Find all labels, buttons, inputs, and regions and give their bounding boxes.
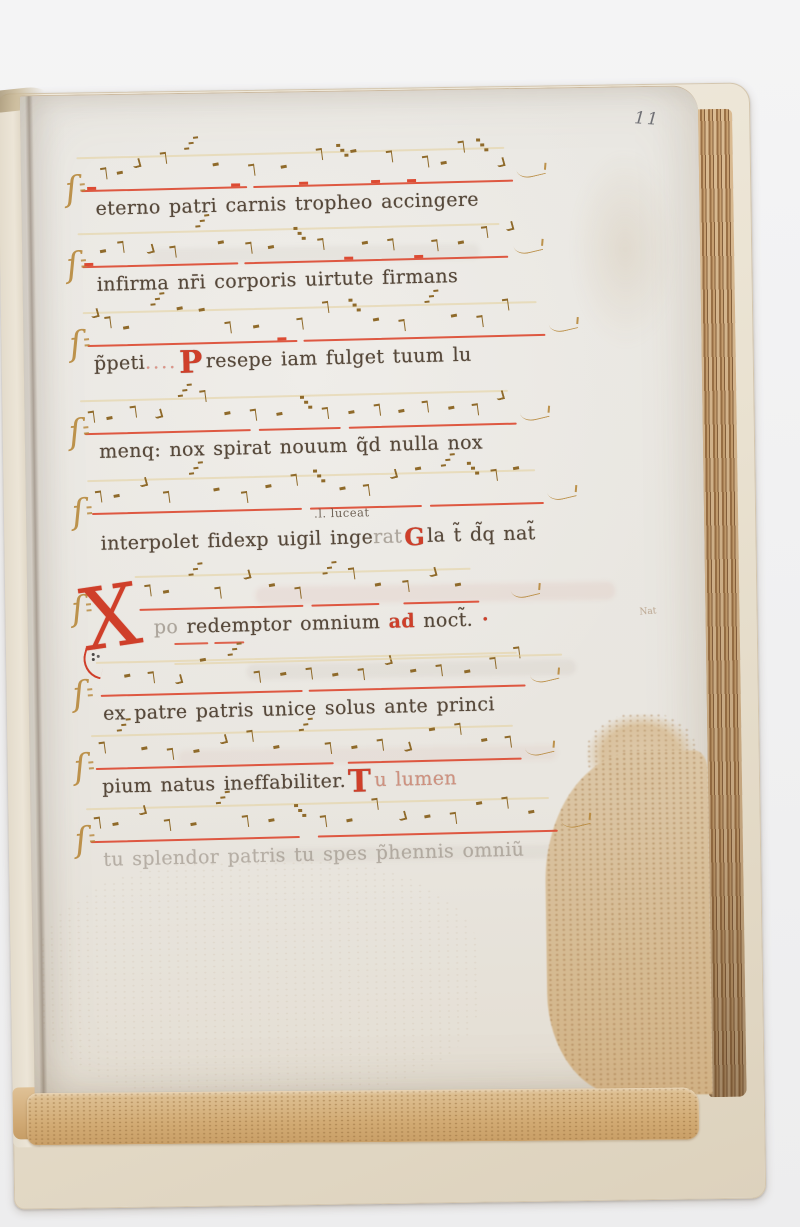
text-segment: noct̃. [415,609,474,632]
neume-mark [414,255,423,258]
staff-line-red [244,256,508,265]
neume-mark [212,162,218,166]
neume-mark [316,148,323,161]
neume-mark [476,801,482,805]
clef-mark: ſ [65,248,81,283]
text-segment: rat [373,525,403,548]
neume-mark [228,653,233,656]
neume-mark [160,152,167,165]
text-line: ex patre patris unice solus ante princi [103,693,495,725]
custos-mark [519,404,549,423]
neume-mark [164,819,171,832]
neume-mark [117,729,122,732]
neume-mark [407,179,416,182]
manuscript-page: 11 Nat ſeterno patri carnis tropheo acci… [20,85,713,1102]
neume-mark [422,155,429,168]
neume-mark [104,316,111,329]
manuscript-book: 11 Nat ſeterno patri carnis tropheo acci… [0,82,766,1209]
neume-mark [195,225,200,228]
neume-mark [386,150,393,163]
text-segment: ad [388,610,415,633]
text-segment: resepe iam fulget tuum lu [206,344,472,372]
neume-mark [383,655,393,666]
text-block: 11 Nat ſeterno patri carnis tropheo acci… [0,83,765,1104]
staff-system: ſmenq: nox spirat nouum q̃d nulla nox [3,417,755,435]
custos-mark [547,483,577,502]
neume-mark [200,658,206,662]
neume-mark [268,818,274,822]
neume-mark [476,315,483,328]
text-segment: ex patre patris unice solus ante princi [103,693,495,725]
neume-mark [124,674,130,678]
text-segment: T [348,763,372,800]
neume-mark [145,244,155,255]
staff-line-red [349,423,517,429]
text-segment: G [404,522,426,552]
neume-mark [150,303,155,306]
neume-mark [153,408,163,419]
neume-mark [144,584,151,597]
neume-mark [245,242,252,255]
staff-system: ſinterpolet fidexp uigil ingeratGla t̃ d… [4,497,756,515]
neume-mark [388,469,398,480]
neume-mark [113,494,119,498]
neume-mark [336,144,340,147]
neume-mark [141,746,147,750]
neume-mark [317,238,324,251]
neume-mark [472,403,479,416]
text-segment: · [473,608,489,630]
neume-mark [224,411,230,415]
neume-mark [117,171,123,175]
neume-mark [350,149,356,153]
neume-mark [100,249,106,253]
staff-line-red [348,758,522,765]
neume-mark [218,734,228,745]
staff-system: ſp̃peti....Presepe iam fulget tuum lu [2,329,754,347]
neume-mark [458,240,464,244]
clef-mark: ſ [64,172,80,207]
neume-mark [496,157,506,168]
staff-line-red [85,429,251,435]
neume-mark [199,390,206,403]
neume-mark [322,407,329,420]
neume-mark [184,147,189,150]
text-line: infirma nr̄i corporis uirtute firmans [97,265,459,296]
clef-mark: ſ [71,677,87,712]
custos-mark [516,161,546,180]
staff-line-red [101,690,303,697]
neume-mark [242,815,249,828]
staff-system: ſpium natus ineffabiliter.Tu lumen [8,752,760,770]
staff-line-red [82,262,238,268]
staff-line-red [253,180,513,189]
neume-mark [398,319,405,332]
neume-mark [476,138,480,141]
staff-system: ſex patre patris unice solus ante princi [7,679,759,697]
neume-mark [273,745,279,749]
neume-mark [167,748,174,761]
text-segment: tu splendor patris tu spes p̃hennis omni… [103,839,524,871]
neume-mark [90,308,100,319]
neume-mark [374,404,381,417]
staff-system: ſtu splendor patris tu spes p̃hennis omn… [9,825,761,843]
neume-mark [344,257,353,260]
neume-mark [402,741,412,752]
staff-line-red [303,334,545,342]
staff-line-red [311,603,379,607]
neume-mark [190,822,196,826]
neume-mark [346,818,352,822]
neume-mark [502,299,509,312]
photo-background: 11 Nat ſeterno patri carnis tropheo acci… [0,0,800,1227]
neume-mark [265,484,271,488]
text-line: eterno patri carnis tropheo accingere [95,188,479,219]
neume-mark [218,240,224,244]
neume-mark [320,815,327,828]
staff-line-red [309,684,526,692]
neume-mark [300,396,304,399]
neume-mark [269,583,275,587]
neume-mark [214,587,221,600]
neume-mark [130,406,137,419]
neume-mark [281,165,287,169]
neume-mark [193,749,199,753]
neume-mark [280,672,286,676]
staff-line-red [91,836,300,843]
neume-mark [242,569,252,580]
neume-mark [422,401,429,414]
neume-mark [95,491,102,504]
custos-mark [524,739,554,758]
neume-mark [241,491,248,504]
custos-mark [548,315,578,334]
text-line: menq: nox spirat nouum q̃d nulla nox [99,431,483,462]
text-segment: u lumen [374,767,457,791]
neume-mark [294,587,301,600]
initial-capital-x: X [75,568,146,669]
clef-mark: ſ [68,327,84,362]
neume-mark [454,723,461,736]
neume-mark [410,669,416,673]
text-segment: p̃peti [94,352,146,375]
neume-mark [88,411,95,424]
neume-mark [505,736,512,749]
neume-mark [294,804,298,807]
neume-mark [397,811,407,822]
neume-mark [92,653,95,656]
neume-mark [402,580,409,593]
neume-mark [495,390,505,401]
text-segment: po [154,616,179,639]
text-line: interpolet fidexp uigil ingeratGla t̃ d̃… [100,522,535,555]
neume-mark [325,742,332,755]
custos-mark [510,581,540,600]
neume-mark [528,810,534,814]
neume-mark [254,671,261,684]
staff-line-red [430,502,544,507]
staff-line-red [318,830,558,838]
neume-mark [169,246,176,259]
text-segment: interpolet fidexp uigil inge [100,526,373,555]
neume-mark [373,318,379,322]
neume-mark [429,727,435,731]
neume-mark [398,409,404,413]
text-segment: la t̃ d̃q nat̃ [427,522,536,547]
ruling-line-yellow [135,568,471,578]
marginal-note: Nat [639,606,656,617]
neume-mark [189,472,194,475]
neume-mark [363,484,370,497]
staff-line-red [403,601,479,605]
text-segment: redemptor omnium [178,611,389,638]
neume-mark [299,182,308,185]
neume-mark [163,590,169,594]
neume-mark [448,406,454,410]
text-segment: menq: nox spirat nouum q̃d nulla nox [99,431,483,462]
neume-mark [132,158,142,169]
neume-mark [458,141,465,154]
staff-line-red [81,186,247,192]
custos-mark [513,237,543,256]
staff-system: ſinfirma nr̄i corporis uirtute firmans [0,250,752,268]
page-number: 11 [634,108,661,130]
neume-mark [450,812,457,825]
neume-mark [296,318,303,331]
neume-mark [513,646,520,659]
bottom-turn-in-band [27,1087,699,1145]
text-line: tu splendor patris tu spes p̃hennis omni… [103,839,524,871]
neume-mark [348,567,355,580]
neume-mark [84,263,93,266]
text-segment: P [179,344,204,381]
neume-mark [276,412,282,416]
neume-mark [322,301,329,314]
neume-mark [99,741,106,754]
neume-mark [117,241,124,254]
staff-line-red [259,427,341,431]
neume-mark [322,572,327,575]
neume-mark [94,817,101,830]
custos-mark [529,666,559,685]
text-segment: infirma nr̄i corporis uirtute firmans [97,265,459,296]
neume-mark [100,167,107,180]
custos-mark [560,811,590,830]
neume-mark [375,583,381,587]
text-line: pium natus ineffabiliter.Tu lumen [102,767,457,798]
neume-mark [348,410,354,414]
interlinear-gloss: .l. luceat [314,505,370,520]
staff-line-red [96,762,334,770]
neume-mark [106,416,112,420]
neume-mark [371,798,378,811]
neume-mark [424,814,430,818]
staff-line-red [139,605,303,611]
neume-mark [351,745,357,749]
text-segment: pium natus ineffabiliter. [102,770,346,798]
neume-mark [371,180,380,183]
neume-mark [481,226,488,239]
neume-mark [277,337,286,340]
text-segment: eterno patri carnis tropheo accingere [95,188,479,219]
neume-mark [467,462,471,465]
ruling-line-yellow [76,147,504,159]
neume-mark [358,668,365,681]
clef-mark: ſ [73,823,89,858]
neume-mark [268,245,274,249]
text-line: p̃peti....Presepe iam fulget tuum lu [94,344,472,375]
rubric-underline [174,642,208,645]
neume-mark [253,324,259,328]
neume-mark [435,664,442,677]
clef-mark: ſ [67,415,83,450]
clef-mark: ſ [72,750,88,785]
neume-mark [387,238,394,251]
neume-mark [440,161,446,165]
neume-mark [481,738,487,742]
neume-mark [464,669,470,673]
neume-mark [112,822,118,826]
neume-mark [332,673,338,677]
neume-mark [313,470,317,473]
neume-mark [224,321,231,334]
neume-mark [489,657,496,670]
text-segment: .... [145,351,178,374]
neume-mark [348,299,352,302]
ruling-line-yellow [87,469,535,482]
rubric-underline [214,641,244,644]
neume-mark [173,674,183,685]
neume-mark [87,187,96,190]
ruling-line-yellow [78,223,500,235]
neume-mark [198,308,204,312]
neume-mark [415,467,421,471]
neume-mark [231,183,240,186]
staff-system: ſeterno patri carnis tropheo accingere [0,174,751,192]
text-line: po redemptor omnium ad noct̃. · [154,608,490,638]
clef-mark: ſ [70,495,86,530]
neume-mark [339,486,345,490]
neume-mark [248,164,255,177]
neume-mark [362,241,368,245]
staff-line-red [92,508,302,516]
neume-mark [504,221,514,232]
neume-mark [213,487,219,491]
neume-mark [431,239,438,252]
neume-mark [451,314,457,318]
neume-mark [455,583,461,587]
neume-mark [123,326,129,330]
neume-mark [293,227,297,230]
neume-mark [250,409,257,422]
neume-mark [377,739,384,752]
ruling-line-yellow [80,390,508,402]
neume-mark [163,491,170,504]
neume-mark [441,464,446,467]
neume-mark [305,667,312,680]
neume-mark [148,671,155,684]
